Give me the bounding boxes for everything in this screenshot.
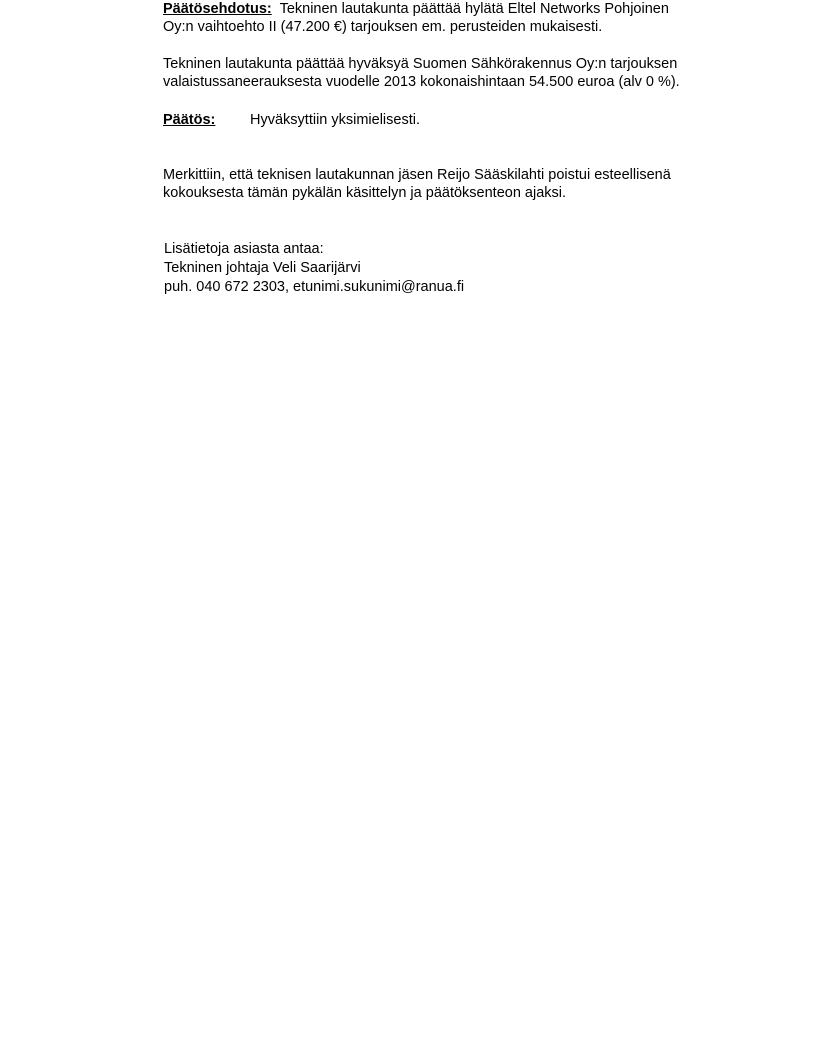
contact-line-1: Lisätietoja asiasta antaa: <box>164 240 464 259</box>
decision-proposal: Päätösehdotus: Tekninen lautakunta päätt… <box>163 0 669 36</box>
proposal-cont-line-2: valaistussaneerauksesta vuodelle 2013 ko… <box>163 73 680 91</box>
proposal-line-2: Oy:n vaihtoehto II (47.200 €) tarjouksen… <box>163 18 669 36</box>
proposal-cont-line-1: Tekninen lautakunta päättää hyväksyä Suo… <box>163 55 680 73</box>
recusal-note: Merkittiin, että teknisen lautakunnan jä… <box>163 166 671 202</box>
decision-label: Päätös: <box>163 112 215 128</box>
decision: Päätös: Hyväksyttiin yksimielisesti. <box>163 111 215 129</box>
note-line-2: kokouksesta tämän pykälän käsittelyn ja … <box>163 184 671 202</box>
contact-info: Lisätietoja asiasta antaa: Tekninen joht… <box>164 240 464 297</box>
contact-line-3: puh. 040 672 2303, etunimi.sukunimi@ranu… <box>164 278 464 297</box>
proposal-line-1: Tekninen lautakunta päättää hylätä Eltel… <box>280 1 669 17</box>
proposal-continuation: Tekninen lautakunta päättää hyväksyä Suo… <box>163 55 680 91</box>
proposal-label: Päätösehdotus: <box>163 1 272 17</box>
decision-text: Hyväksyttiin yksimielisesti. <box>250 111 420 129</box>
contact-line-2: Tekninen johtaja Veli Saarijärvi <box>164 259 464 278</box>
note-line-1: Merkittiin, että teknisen lautakunnan jä… <box>163 166 671 184</box>
